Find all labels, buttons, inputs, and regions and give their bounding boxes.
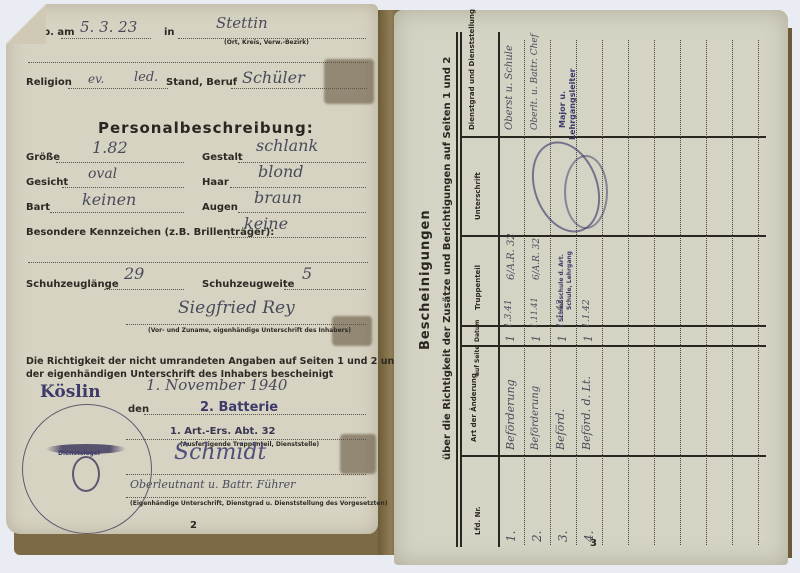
holder-signature-hint: (Vor- und Zuname, eigenhändige Unterschr… <box>148 327 351 334</box>
row-2-unit: 6/A.R. 32 <box>532 238 542 280</box>
eyes-label: Augen <box>202 202 238 213</box>
row-1-rank: Oberst u. Schule <box>504 45 515 130</box>
face-value: oval <box>88 166 117 182</box>
row-1-change: Beförderung <box>504 379 517 450</box>
stamp-city: Köslin <box>40 382 101 402</box>
school-stamp: Schießschule d. Art. <box>558 254 565 322</box>
religion-value: ev. <box>88 72 104 86</box>
beard-value: keinen <box>82 190 136 209</box>
section-title: Personalbeschreibung: <box>98 119 314 137</box>
wreath-icon <box>72 456 100 492</box>
row-4-date: 1.1.42 <box>582 299 592 328</box>
row-2-rank: Oberlt. u. Battr. Chef <box>530 34 540 130</box>
height-label: Größe <box>26 152 60 163</box>
special-marks-value: keine <box>244 214 288 233</box>
certification-line-1: Die Richtigkeit der nicht umrandeten Ang… <box>26 356 401 367</box>
school-stamp-2: Schule, Lehrgang <box>566 251 573 310</box>
column-header-unit: Truppenteil <box>474 265 482 310</box>
row-2-date: 1.11.41 <box>530 297 539 328</box>
row-2-number: 2. <box>530 531 544 542</box>
seal-text: Dienstsiegel <box>58 450 100 457</box>
row-1-number: 1. <box>504 531 518 542</box>
place-hint: (Ort, Kreis, Verw.-Bezirk) <box>224 39 309 46</box>
officer-hint: (Eigenhändige Unterschrift, Dienstgrad u… <box>130 500 387 507</box>
shoe-width-label: Schuhzeugweite <box>202 279 294 290</box>
row-2-page: 1 <box>530 335 543 342</box>
marital-status-value: led. <box>134 70 158 85</box>
certification-date: 1. November 1940 <box>146 376 287 394</box>
row-1-date: 1.3.41 <box>504 299 514 328</box>
page-number-right: 3 <box>590 538 597 549</box>
signature-ink <box>564 155 608 229</box>
page-3: Bescheinigungen über die Richtigkeit der… <box>394 10 788 565</box>
holder-signature: Siegfried Rey <box>178 298 295 318</box>
eyes-value: braun <box>254 188 302 207</box>
right-page-title: Bescheinigungen <box>418 209 433 350</box>
row-3-number: 3. <box>556 531 570 542</box>
row-3-page: 1 <box>556 335 569 342</box>
born-on-value: 5. 3. 23 <box>80 18 137 36</box>
build-label: Gestalt <box>202 152 243 163</box>
occupation-value: Schüler <box>242 68 305 87</box>
right-page-subtitle: über die Richtigkeit der Zusätze und Ber… <box>442 57 453 460</box>
major-stamp-2: Lehrgangsleiter <box>568 68 577 140</box>
stand-label: Stand, Beruf <box>166 77 237 88</box>
column-header-signature: Unterschrift <box>474 172 482 220</box>
row-1-unit: 6/A.R. 32 <box>506 233 517 280</box>
column-header-number: Lfd. Nr. <box>474 506 482 535</box>
page-number-left: 2 <box>190 520 197 531</box>
birthplace-value: Stettin <box>216 14 268 32</box>
unit-stamp: 2. Batterie <box>200 400 278 415</box>
column-header-page: auf Seite <box>474 346 481 376</box>
unit-line: 1. Art.-Ers. Abt. 32 <box>170 426 276 437</box>
beard-label: Bart <box>26 202 50 213</box>
height-value: 1.82 <box>92 138 128 157</box>
hair-value: blond <box>258 162 304 181</box>
shoe-width-value: 5 <box>302 264 312 283</box>
row-3-change: Beförd. <box>554 409 567 450</box>
column-header-change-type: Art der Änderung <box>470 373 478 442</box>
column-header-date: Datum <box>474 320 481 342</box>
shoe-length-value: 29 <box>124 264 144 283</box>
page-2: Geb. am 5. 3. 23 in Stettin (Ort, Kreis,… <box>6 4 378 534</box>
hair-label: Haar <box>202 177 229 188</box>
folded-corner <box>6 4 46 44</box>
officer-rank: Oberleutnant u. Battr. Führer <box>130 478 295 491</box>
build-value: schlank <box>256 136 318 155</box>
in-label: in <box>164 27 175 38</box>
row-4-change: Beförd. d. Lt. <box>580 376 593 450</box>
stain <box>340 434 376 474</box>
stain <box>324 59 374 104</box>
row-2-change: Beförderung <box>530 386 541 450</box>
major-stamp: Major u. <box>558 91 567 128</box>
religion-label: Religion <box>26 77 72 88</box>
officer-signature: Schmidt <box>174 440 266 465</box>
row-4-page: 1 <box>582 335 595 342</box>
column-header-rank: Dienstgrad und Dienststellung <box>468 9 476 130</box>
row-1-page: 1 <box>504 335 517 342</box>
